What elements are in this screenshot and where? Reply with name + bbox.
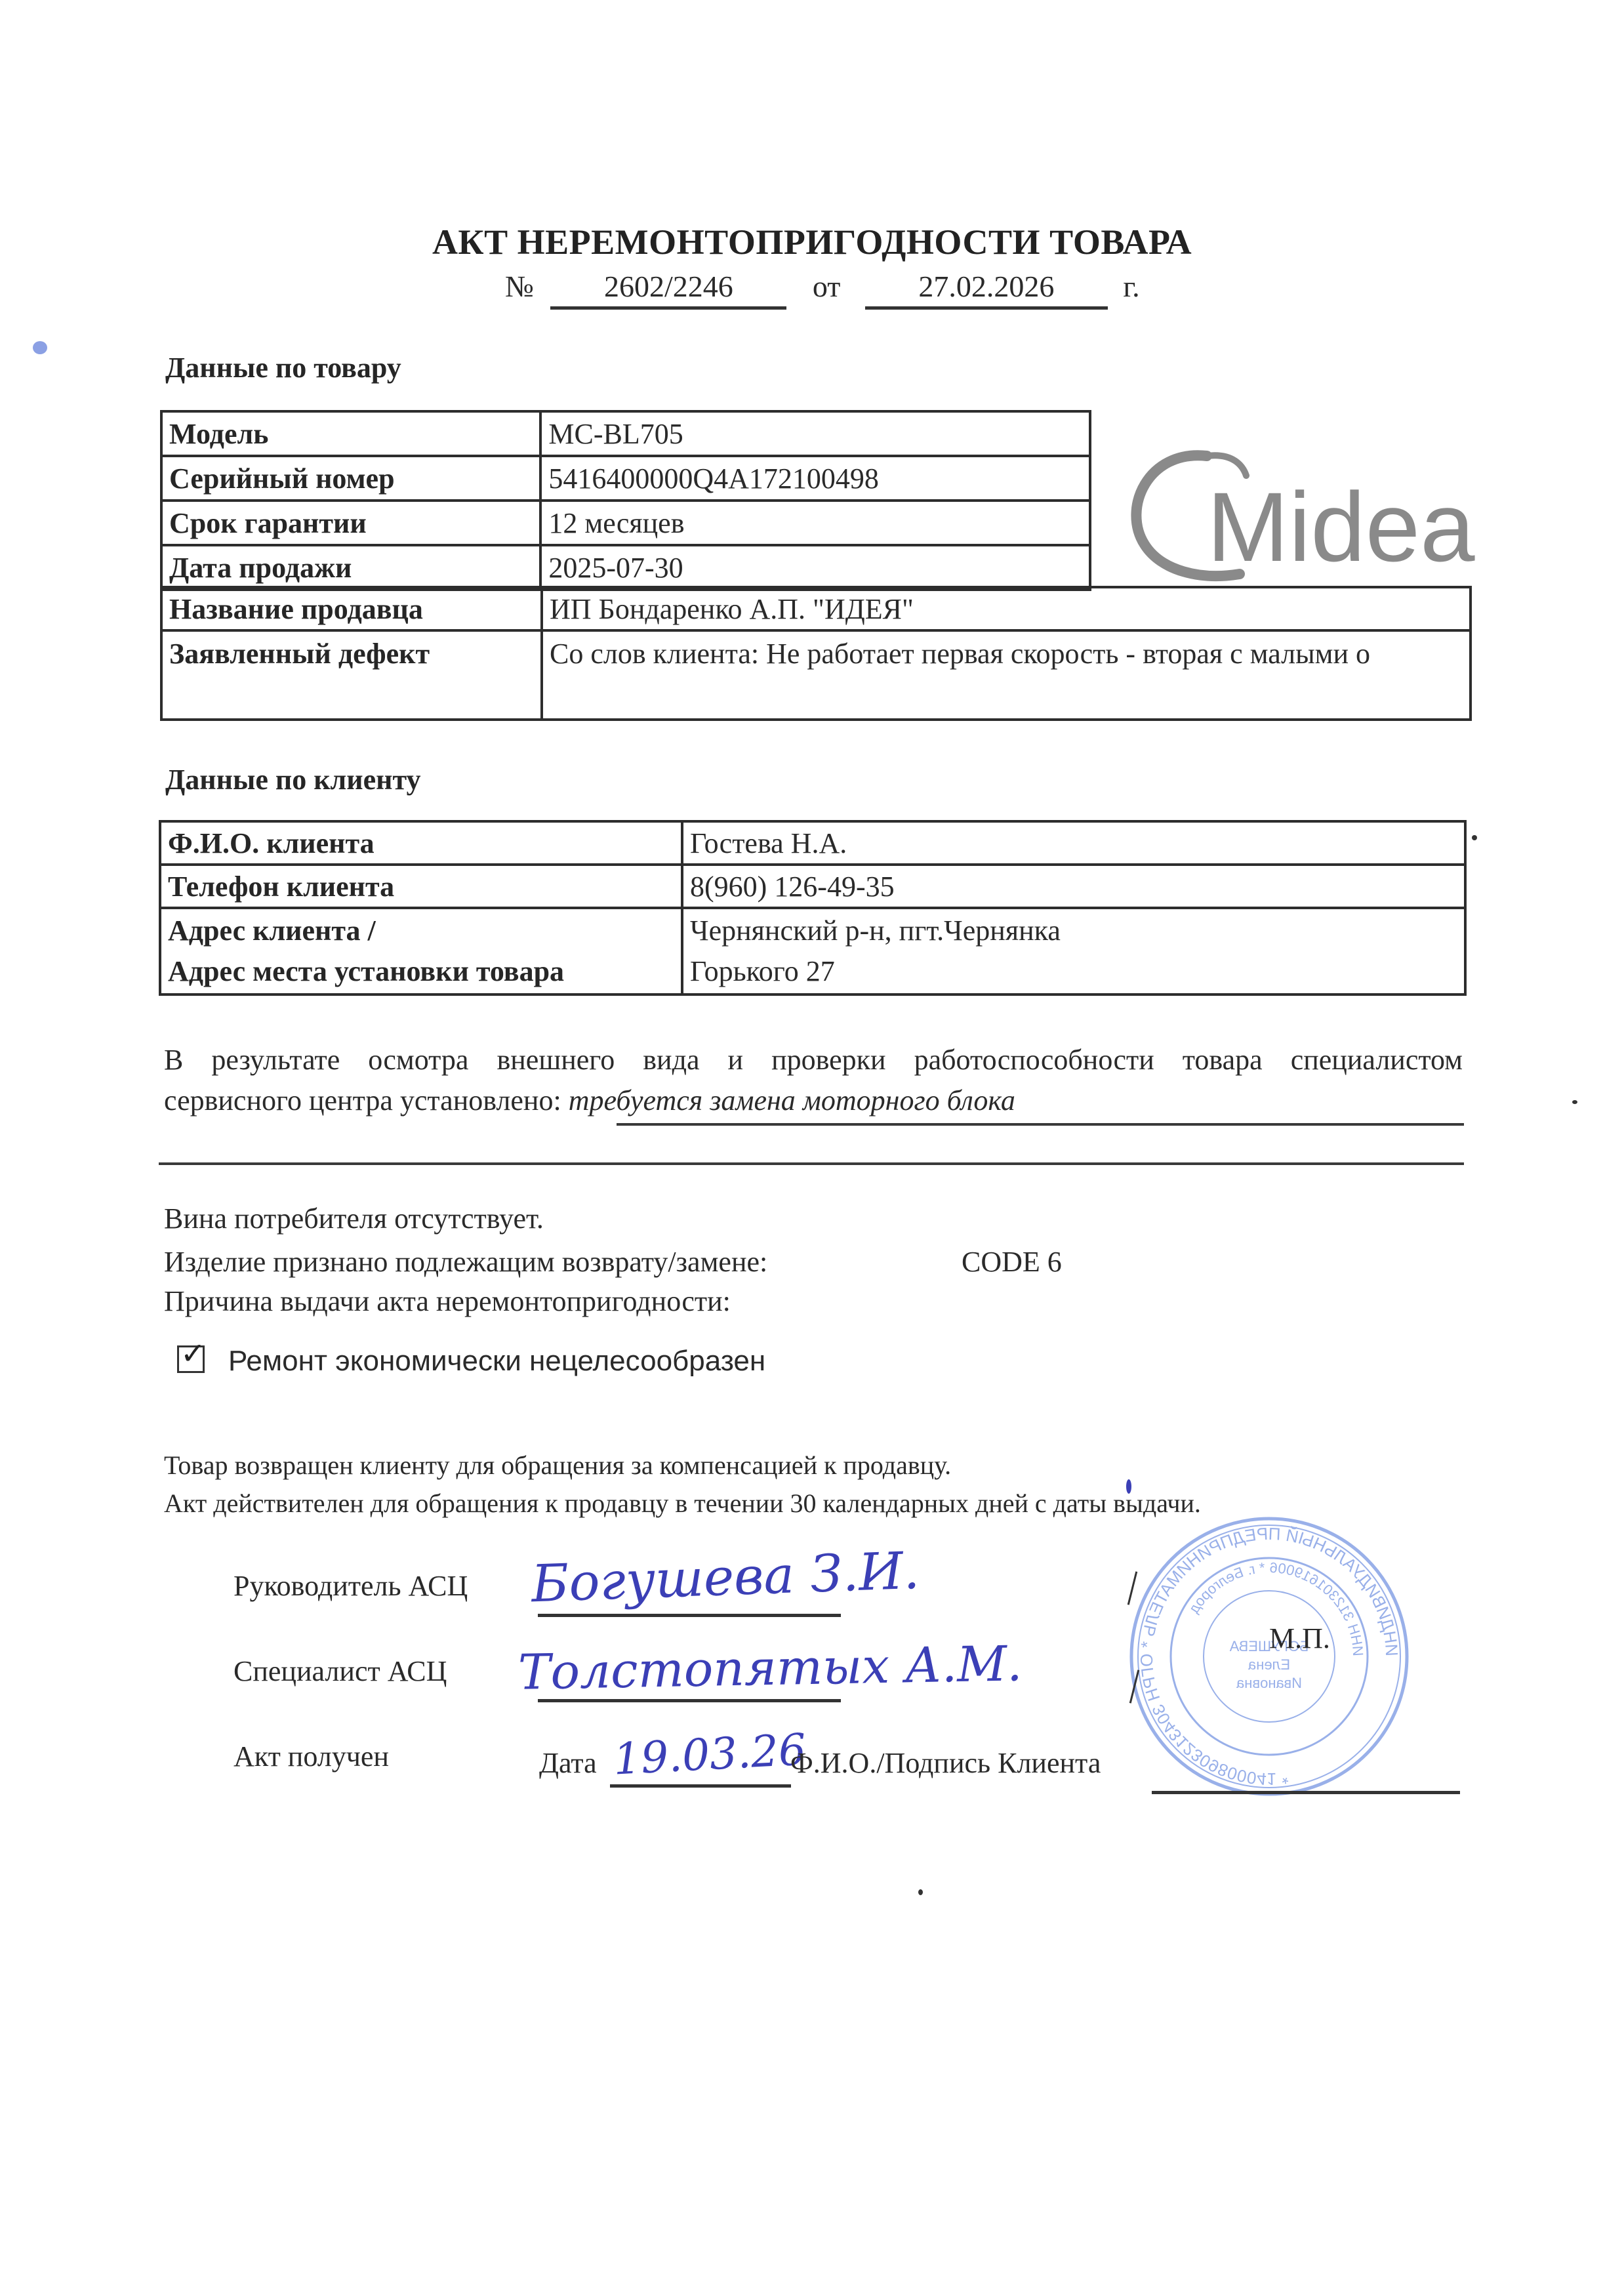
value-client-name: Гостева Н.А. — [682, 821, 1465, 865]
stamp-center-line3: Ивановна — [1236, 1675, 1302, 1691]
scan-mark — [1126, 1479, 1131, 1494]
stamp-center-line2: Елена — [1248, 1656, 1290, 1673]
head-signature: Богушева З.И. — [531, 1542, 921, 1614]
return-code: CODE 6 — [962, 1245, 1062, 1279]
label-serial: Серийный номер — [161, 456, 540, 501]
checkmark-icon: ✓ — [180, 1338, 206, 1368]
document-title: АКТ НЕРЕМОНТОПРИГОДНОСТИ ТОВАРА — [0, 222, 1624, 262]
label-client-phone: Телефон клиента — [160, 865, 682, 908]
table-row: Телефон клиента 8(960) 126-49-35 — [160, 865, 1465, 908]
label-seller: Название продавца — [161, 587, 542, 630]
received-date: 19.03.26 — [612, 1724, 807, 1784]
scan-mark — [918, 1889, 923, 1895]
reason-option-label: Ремонт экономически нецелесообразен — [228, 1345, 765, 1377]
finding-continuation-line — [159, 1162, 1464, 1165]
date-label: Дата — [539, 1746, 597, 1780]
specialist-signature: Толстопятых А.М. — [518, 1635, 1023, 1700]
logo-text: Midea — [1207, 472, 1475, 582]
scan-mark — [1572, 1100, 1577, 1104]
table-row: Адрес клиента / Адрес места установки то… — [160, 908, 1465, 994]
specialist-label: Специалист АСЦ — [233, 1654, 447, 1688]
client-signature-line[interactable] — [1152, 1791, 1460, 1794]
table-row: Название продавца ИП Бондаренко А.П. "ИД… — [161, 587, 1471, 630]
finding-underline — [617, 1123, 1464, 1126]
label-client-name: Ф.И.О. клиента — [160, 821, 682, 865]
received-date-line[interactable] — [610, 1784, 791, 1788]
table-row: Ф.И.О. клиента Гостева Н.А. — [160, 821, 1465, 865]
product-section-heading: Данные по товару — [165, 351, 401, 384]
reason-label: Причина выдачи акта неремонтопригодности… — [164, 1284, 731, 1318]
value-model: MC-BL705 — [540, 411, 1090, 456]
number-sign: № — [505, 269, 534, 304]
inspection-finding: требуется замена моторного блока — [569, 1084, 1015, 1117]
label-defect: Заявленный дефект — [161, 630, 542, 720]
date-prefix: от — [813, 269, 841, 304]
scan-mark — [1472, 835, 1477, 840]
table-row: Срок гарантии 12 месяцев — [161, 501, 1090, 545]
head-label: Руководитель АСЦ — [233, 1569, 468, 1603]
reason-option[interactable]: ✓ Ремонт экономически нецелесообразен — [177, 1345, 765, 1378]
received-label: Акт получен — [233, 1740, 389, 1773]
date-suffix: г. — [1123, 269, 1139, 304]
value-client-phone: 8(960) 126-49-35 — [682, 865, 1465, 908]
scan-mark — [33, 341, 47, 354]
value-address-line2: Горького 27 — [690, 951, 1457, 992]
document-number: 2602/2246 — [550, 269, 786, 310]
client-section-heading: Данные по клиенту — [165, 763, 421, 796]
table-row: Дата продажи 2025-07-30 — [161, 545, 1090, 590]
product-table-upper: Модель MC-BL705 Серийный номер 541640000… — [160, 410, 1091, 591]
document-date: 27.02.2026 — [865, 269, 1108, 310]
value-sale-date: 2025-07-30 — [540, 545, 1090, 590]
reason-checkbox[interactable]: ✓ — [177, 1345, 205, 1373]
label-client-address: Адрес клиента / — [168, 911, 674, 951]
no-consumer-fault: Вина потребителя отсутствует. — [164, 1202, 544, 1235]
label-install-address: Адрес места установки товара — [168, 951, 674, 992]
inspection-text-line2: сервисного центра установлено: требуется… — [164, 1084, 1015, 1117]
label-model: Модель — [161, 411, 540, 456]
client-table: Ф.И.О. клиента Гостева Н.А. Телефон клие… — [159, 820, 1467, 996]
notice-line2: Акт действителен для обращения к продавц… — [164, 1488, 1201, 1519]
value-defect: Со слов клиента: Не работает первая скор… — [550, 637, 1463, 670]
document-number-row: № 2602/2246 от 27.02.2026 г. — [505, 269, 1140, 310]
return-label: Изделие признано подлежащим возврату/зам… — [164, 1245, 767, 1279]
inspection-text-line1: В результате осмотра внешнего вида и про… — [164, 1043, 1463, 1076]
inspection-prefix: сервисного центра установлено: — [164, 1084, 561, 1117]
stamp-place-label: М.П. — [1269, 1622, 1330, 1655]
company-stamp-icon: ИНДИВИДУАЛЬНЫЙ ПРЕДПРИНИМАТЕЛЬ * ОГРН 30… — [1125, 1512, 1413, 1801]
head-signature-line — [538, 1614, 841, 1617]
notice-line1: Товар возвращен клиенту для обращения за… — [164, 1450, 951, 1481]
value-warranty: 12 месяцев — [540, 501, 1090, 545]
product-table-lower: Название продавца ИП Бондаренко А.П. "ИД… — [160, 586, 1472, 721]
table-row: Серийный номер 5416400000Q4A172100498 — [161, 456, 1090, 501]
label-warranty: Срок гарантии — [161, 501, 540, 545]
midea-logo-icon: Midea — [1108, 430, 1476, 587]
client-signature-label: Ф.И.О./Подпись Клиента — [790, 1746, 1101, 1780]
table-row: Модель MC-BL705 — [161, 411, 1090, 456]
table-row: Заявленный дефект Со слов клиента: Не ра… — [161, 630, 1471, 720]
value-seller: ИП Бондаренко А.П. "ИДЕЯ" — [542, 587, 1471, 630]
value-address-line1: Чернянский р-н, пгт.Чернянка — [690, 911, 1457, 951]
label-sale-date: Дата продажи — [161, 545, 540, 590]
value-serial: 5416400000Q4A172100498 — [540, 456, 1090, 501]
